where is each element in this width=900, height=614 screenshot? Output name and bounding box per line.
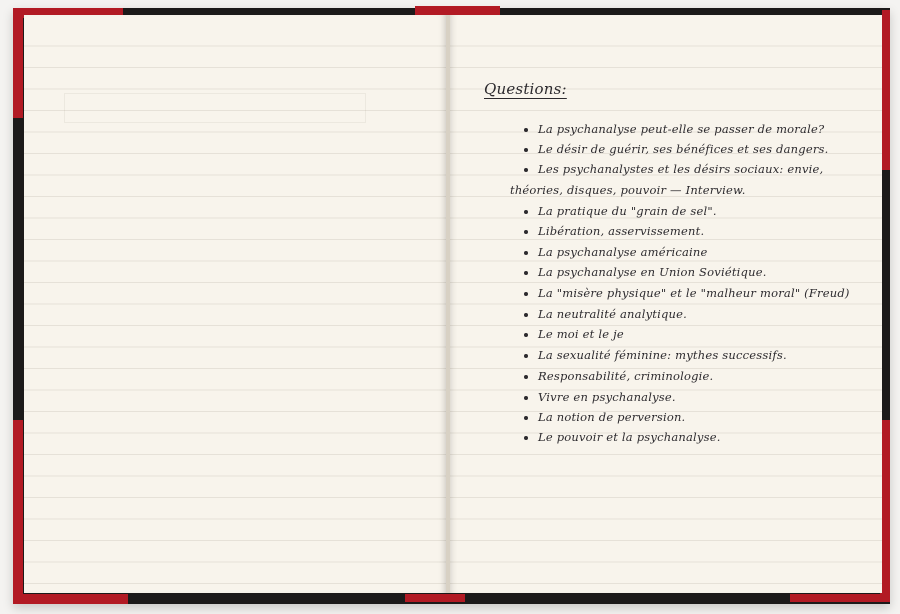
list-item: Responsabilité, criminologie. (524, 369, 713, 383)
list-item: Libération, asservissement. (524, 224, 704, 238)
list-item: La neutralité analytique. (524, 307, 687, 321)
cover-corner-bottom-left (13, 594, 128, 604)
list-item: Le pouvoir et la psychanalyse. (524, 430, 721, 444)
bullet-icon (524, 375, 528, 379)
list-item: La psychanalyse en Union Soviétique. (524, 265, 767, 279)
bullet-icon (524, 292, 528, 296)
bullet-icon (524, 148, 528, 152)
list-item: La notion de perversion. (524, 410, 685, 424)
bullet-icon (524, 251, 528, 255)
cover-corner-right-edge (882, 10, 890, 170)
bullet-icon (524, 168, 528, 172)
bullet-icon (524, 128, 528, 132)
bullet-icon (524, 230, 528, 234)
bullet-icon (524, 313, 528, 317)
show-through-box (64, 93, 366, 123)
cover-corner-left-bottom-edge (13, 420, 23, 604)
cover-spine-bottom (405, 594, 465, 602)
list-item: La "misère physique" et le "malheur mora… (524, 286, 850, 300)
list-item: La pratique du "grain de sel". (524, 204, 717, 218)
bullet-icon (524, 354, 528, 358)
list-item: La sexualité féminine: mythes successifs… (524, 348, 787, 362)
right-page (450, 15, 882, 593)
list-item: Le désir de guérir, ses bénéfices et ses… (524, 142, 829, 156)
bullet-icon (524, 333, 528, 337)
bullet-icon (524, 210, 528, 214)
cover-corner-left-edge (13, 8, 23, 118)
list-item: La psychanalyse américaine (524, 245, 708, 259)
bullet-icon (524, 436, 528, 440)
list-item: La psychanalyse peut-elle se passer de m… (524, 122, 824, 136)
list-item: Les psychanalystes et les désirs sociaux… (524, 162, 823, 176)
bullet-icon (524, 416, 528, 420)
bullet-icon (524, 271, 528, 275)
page-heading: Questions: (484, 80, 567, 98)
list-item-continuation: théories, disques, pouvoir — Interview. (510, 183, 746, 197)
cover-corner-bottom-right (790, 594, 890, 602)
left-page (24, 15, 446, 593)
list-item: Vivre en psychanalyse. (524, 390, 676, 404)
list-item: Le moi et le je (524, 327, 624, 341)
bullet-icon (524, 396, 528, 400)
